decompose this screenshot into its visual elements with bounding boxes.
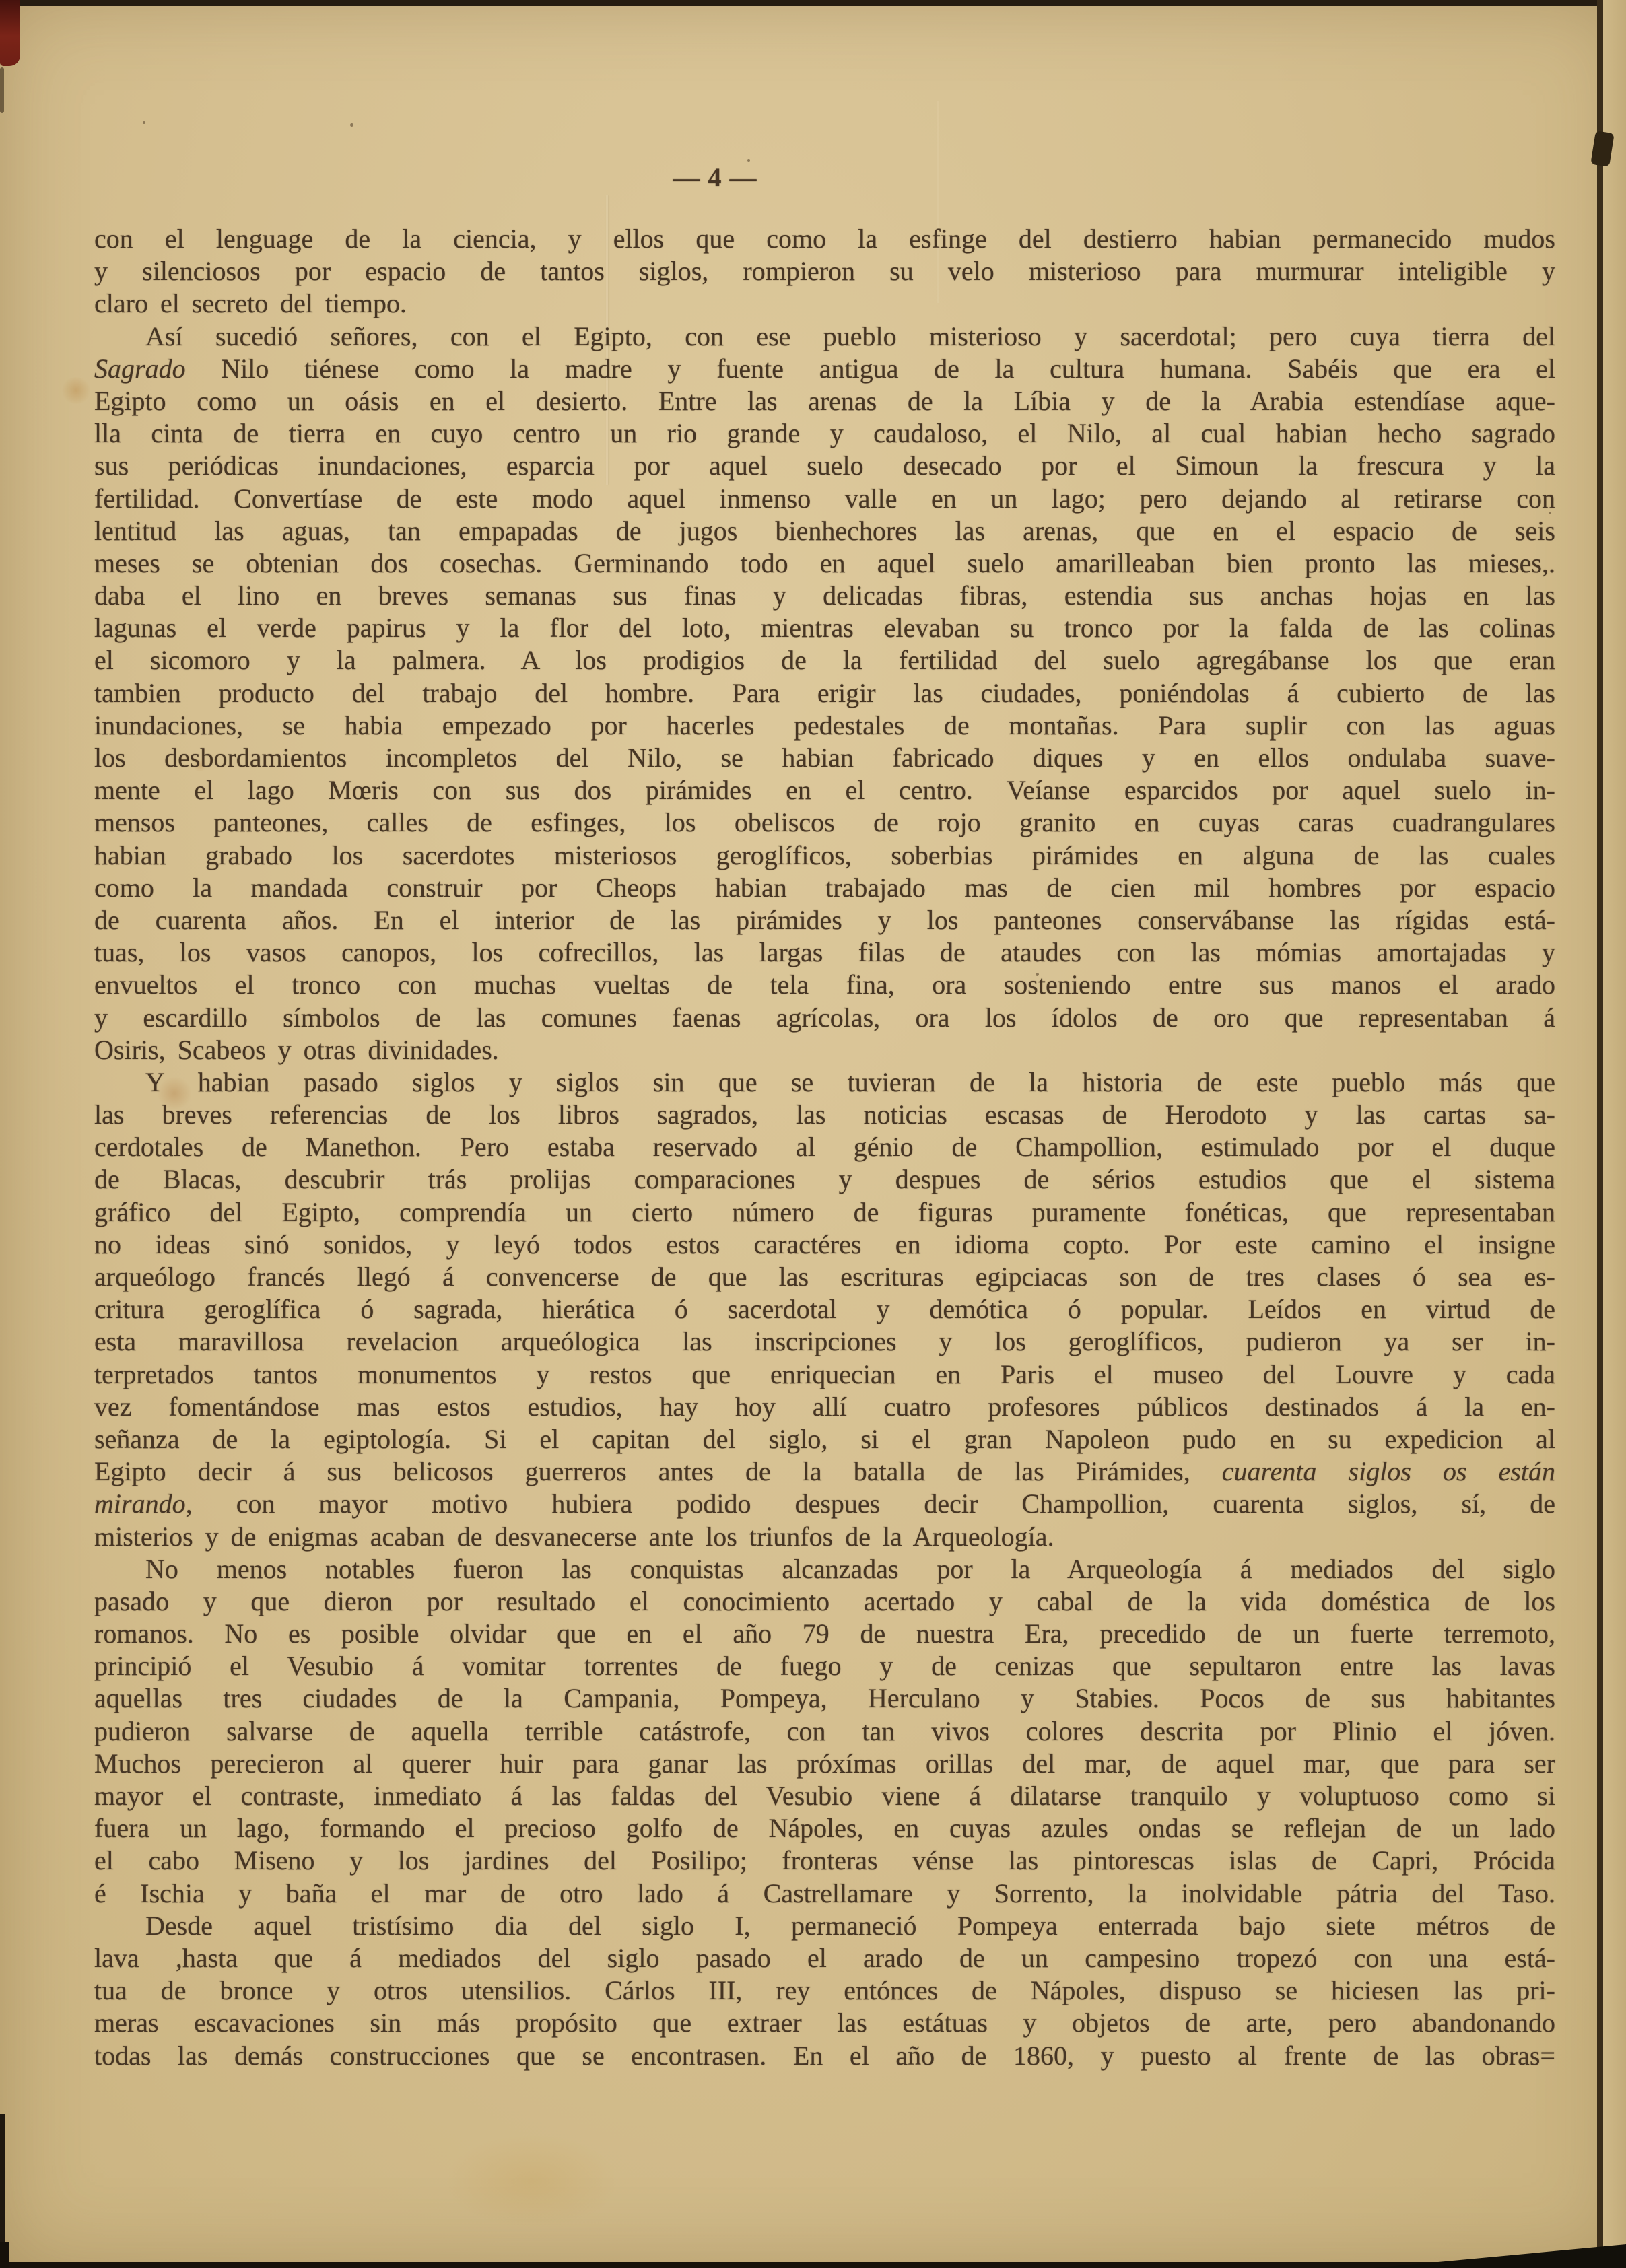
text-line: los desbordamientos incompletos del Nilo… <box>94 742 1555 774</box>
text-line: arqueólogo francés llegó á convencerse d… <box>94 1261 1555 1293</box>
text-line: de cuarenta años. En el interior de las … <box>94 904 1555 936</box>
foxing-stain <box>444 2134 619 2228</box>
ink-speck <box>350 123 353 127</box>
page-edge-crease <box>1597 0 1603 2268</box>
text-line: el sicomoro y la palmera. A los prodigio… <box>94 644 1555 677</box>
text-line: fuera un lago, formando el precioso golf… <box>94 1812 1555 1845</box>
text-line: misterios y de enigmas acaban de desvane… <box>94 1521 1555 1553</box>
text-line: con el lenguage de la ciencia, y ellos q… <box>94 223 1555 255</box>
text-line: señanza de la egiptología. Si el capitan… <box>94 1423 1555 1455</box>
text-line: Así sucedió señores, con el Egipto, con … <box>94 320 1555 353</box>
text-line: critura geroglífica ó sagrada, hierática… <box>94 1293 1555 1326</box>
text-line: lentitud las aguas, tan empapadas de jug… <box>94 515 1555 547</box>
text-line: inundaciones, se habia empezado por hace… <box>94 710 1555 742</box>
text-line: como la mandada construir por Cheops hab… <box>94 872 1555 904</box>
text-line: cerdotales de Manethon. Pero estaba rese… <box>94 1131 1555 1163</box>
text-line: sus periódicas inundaciones, esparcia po… <box>94 450 1555 482</box>
page-edge-tear <box>0 67 4 113</box>
text-line: lava ,hasta que á mediados del siglo pas… <box>94 1942 1555 1974</box>
text-line: y escardillo símbolos de las comunes fae… <box>94 1002 1555 1034</box>
text-line: tuas, los vasos canopos, los cofrecillos… <box>94 936 1555 969</box>
text-line: Sagrado Nilo tiénese como la madre y fue… <box>94 353 1555 385</box>
scan-edge-left-corner <box>0 2242 9 2268</box>
text-line: daba el lino en breves semanas sus finas… <box>94 580 1555 612</box>
page-text: con el lenguage de la ciencia, y ellos q… <box>94 223 1555 2072</box>
scanned-page: — 4 — con el lenguage de la ciencia, y e… <box>0 0 1626 2268</box>
text-line: fertilidad. Convertíase de este modo aqu… <box>94 483 1555 515</box>
text-line: lla cinta de tierra en cuyo centro un ri… <box>94 417 1555 450</box>
text-line: todas las demás construcciones que se en… <box>94 2040 1555 2072</box>
text-line: meras escavaciones sin más propósito que… <box>94 2007 1555 2039</box>
text-line: vez fomentándose mas estos estudios, hay… <box>94 1391 1555 1423</box>
text-line: tambien producto del trabajo del hombre.… <box>94 677 1555 710</box>
page-number: — 4 — <box>94 162 1555 193</box>
text-line: Osiris, Scabeos y otras divinidades. <box>94 1034 1555 1066</box>
text-line: de Blacas, descubrir trás prolijas compa… <box>94 1163 1555 1196</box>
text-line: Egipto como un oásis en el desierto. Ent… <box>94 385 1555 417</box>
text-line: y silenciosos por espacio de tantos sigl… <box>94 255 1555 287</box>
text-line: No menos notables fueron las conquistas … <box>94 1553 1555 1585</box>
text-line: terpretados tantos monumentos y restos q… <box>94 1359 1555 1391</box>
text-line: romanos. No es posible olvidar que en el… <box>94 1618 1555 1650</box>
page-number-text: — 4 — <box>673 162 757 193</box>
scan-edge-top <box>0 0 1626 6</box>
text-line: esta maravillosa revelacion arqueólogica… <box>94 1326 1555 1358</box>
scan-corner-shadow <box>1374 2244 1626 2268</box>
text-line: principió el Vesubio á vomitar torrentes… <box>94 1650 1555 1682</box>
foxing-stain <box>61 377 92 404</box>
text-line: mayor el contraste, inmediato á las fald… <box>94 1780 1555 1812</box>
text-line: las breves referencias de los libros sag… <box>94 1099 1555 1131</box>
text-line: aquellas tres ciudades de la Campania, P… <box>94 1682 1555 1715</box>
text-line: mirando, con mayor motivo hubiera podido… <box>94 1488 1555 1520</box>
text-line: lagunas el verde papirus y la flor del l… <box>94 612 1555 644</box>
text-line: Egipto decir á sus belicosos guerreros a… <box>94 1455 1555 1488</box>
scan-edge-bottom <box>0 2262 1626 2268</box>
text-line: tua de bronce y otros utensilios. Cárlos… <box>94 1974 1555 2007</box>
text-line: habian grabado los sacerdotes misterioso… <box>94 839 1555 872</box>
text-line: Y habian pasado siglos y siglos sin que … <box>94 1066 1555 1099</box>
ink-speck <box>143 121 145 124</box>
text-line: envueltos el tronco con muchas vueltas d… <box>94 969 1555 1001</box>
text-line: gráfico del Egipto, comprendía un cierto… <box>94 1196 1555 1229</box>
text-line: claro el secreto del tiempo. <box>94 287 1555 320</box>
text-line: Desde aquel tristísimo dia del siglo I, … <box>94 1910 1555 1942</box>
book-cover-corner <box>0 0 20 66</box>
text-line: no ideas sinó sonidos, y leyó todos esto… <box>94 1229 1555 1261</box>
text-line: mensos panteones, calles de esfinges, lo… <box>94 806 1555 839</box>
text-line: Muchos perecieron al querer huir para ga… <box>94 1748 1555 1780</box>
text-line: mente el lago Mœris con sus dos pirámide… <box>94 774 1555 806</box>
text-line: el cabo Miseno y los jardines del Posili… <box>94 1845 1555 1877</box>
next-page-edge <box>1603 0 1626 2268</box>
text-line: é Ischia y baña el mar de otro lado á Ca… <box>94 1878 1555 1910</box>
text-line: meses se obtenian dos cosechas. Germinan… <box>94 547 1555 580</box>
text-line: pudieron salvarse de aquella terrible ca… <box>94 1715 1555 1748</box>
text-line: pasado y que dieron por resultado el con… <box>94 1585 1555 1618</box>
